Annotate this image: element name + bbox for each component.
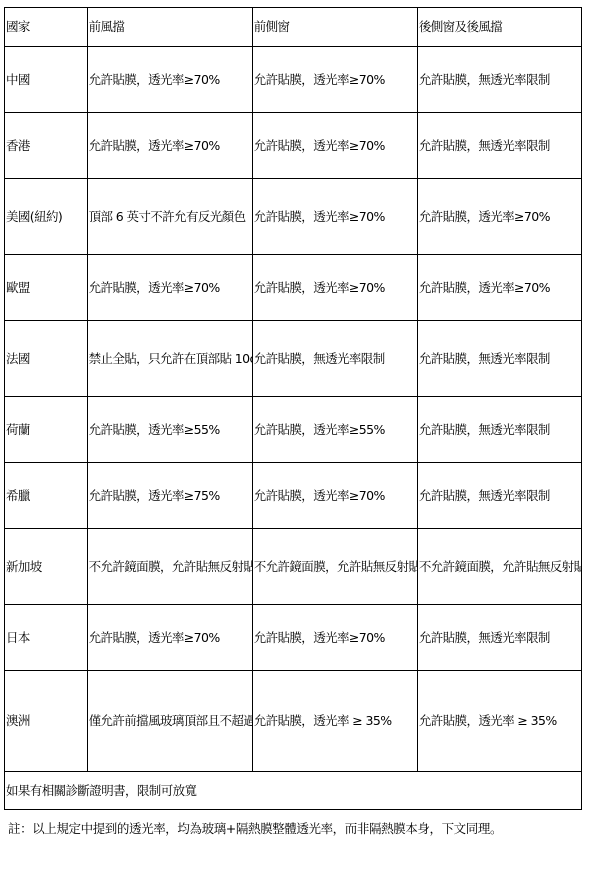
cell-front: 允許貼膜，透光率≥70%	[87, 605, 252, 671]
cell-side: 允許貼膜，透光率≥55%	[252, 397, 417, 463]
header-rear-windows: 後側窗及後風擋	[417, 8, 581, 47]
cell-side: 允許貼膜，無透光率限制	[252, 321, 417, 397]
table-footer-row: 如果有相關診斷證明書，限制可放寬	[5, 772, 582, 810]
cell-side: 允許貼膜，透光率≥70%	[252, 113, 417, 179]
cell-rear: 允許貼膜，無透光率限制	[417, 463, 581, 529]
table-row: 荷蘭 允許貼膜，透光率≥55% 允許貼膜，透光率≥55% 允許貼膜，無透光率限制	[5, 397, 582, 463]
cell-country: 美國(紐約)	[5, 179, 88, 255]
cell-side: 允許貼膜，透光率≥70%	[252, 463, 417, 529]
cell-rear: 允許貼膜，無透光率限制	[417, 47, 581, 113]
cell-front: 允許貼膜，透光率≥70%	[87, 47, 252, 113]
cell-side: 允許貼膜，透光率≥70%	[252, 605, 417, 671]
cell-rear: 允許貼膜，透光率 ≥ 35%	[417, 671, 581, 772]
cell-rear: 允許貼膜，無透光率限制	[417, 397, 581, 463]
cell-country: 荷蘭	[5, 397, 88, 463]
cell-rear: 允許貼膜，透光率≥70%	[417, 179, 581, 255]
cell-country: 新加坡	[5, 529, 88, 605]
cell-side: 允許貼膜，透光率≥70%	[252, 179, 417, 255]
window-tint-regulations-table: 國家 前風擋 前側窗 後側窗及後風擋 中國 允許貼膜，透光率≥70% 允許貼膜，…	[4, 7, 582, 810]
footnote-text: 註：以上規定中提到的透光率，均為玻璃+隔熱膜整體透光率，而非隔熱膜本身，下文同理…	[4, 810, 582, 847]
cell-side: 允許貼膜，透光率 ≥ 35%	[252, 671, 417, 772]
table-row: 歐盟 允許貼膜，透光率≥70% 允許貼膜，透光率≥70% 允許貼膜，透光率≥70…	[5, 255, 582, 321]
cell-front: 不允許鏡面膜，允許貼無反射貼膜透光率 ≥ 70%	[87, 529, 252, 605]
cell-country: 中國	[5, 47, 88, 113]
cell-side: 允許貼膜，透光率≥70%	[252, 255, 417, 321]
cell-country: 法國	[5, 321, 88, 397]
header-country: 國家	[5, 8, 88, 47]
table-row: 中國 允許貼膜，透光率≥70% 允許貼膜，透光率≥70% 允許貼膜，無透光率限制	[5, 47, 582, 113]
cell-rear: 允許貼膜，無透光率限制	[417, 605, 581, 671]
cell-front: 允許貼膜，透光率≥55%	[87, 397, 252, 463]
document-page: 國家 前風擋 前側窗 後側窗及後風擋 中國 允許貼膜，透光率≥70% 允許貼膜，…	[4, 7, 582, 847]
cell-front: 允許貼膜，透光率≥70%	[87, 113, 252, 179]
table-row: 日本 允許貼膜，透光率≥70% 允許貼膜，透光率≥70% 允許貼膜，無透光率限制	[5, 605, 582, 671]
table-row: 美國(紐約) 頂部 6 英寸不許允有反光顏色 允許貼膜，透光率≥70% 允許貼膜…	[5, 179, 582, 255]
cell-rear: 允許貼膜，無透光率限制	[417, 113, 581, 179]
cell-country: 歐盟	[5, 255, 88, 321]
cell-side: 不允許鏡面膜，允許貼無反射貼膜透光率 ≥ 70%	[252, 529, 417, 605]
cell-country: 日本	[5, 605, 88, 671]
cell-front: 僅允許前擋風玻璃頂部且不超過 10%面積區域張貼有色隔熱膜	[87, 671, 252, 772]
cell-front: 頂部 6 英寸不許允有反光顏色	[87, 179, 252, 255]
cell-rear: 允許貼膜，透光率≥70%	[417, 255, 581, 321]
cell-front: 允許貼膜，透光率≥70%	[87, 255, 252, 321]
cell-country: 香港	[5, 113, 88, 179]
table-header-row: 國家 前風擋 前側窗 後側窗及後風擋	[5, 8, 582, 47]
header-front-windshield: 前風擋	[87, 8, 252, 47]
cell-front: 允許貼膜，透光率≥75%	[87, 463, 252, 529]
table-row: 希臘 允許貼膜，透光率≥75% 允許貼膜，透光率≥70% 允許貼膜，無透光率限制	[5, 463, 582, 529]
table-row: 澳洲 僅允許前擋風玻璃頂部且不超過 10%面積區域張貼有色隔熱膜 允許貼膜，透光…	[5, 671, 582, 772]
table-footer-note: 如果有相關診斷證明書，限制可放寬	[5, 772, 582, 810]
table-row: 法國 禁止全貼，只允許在頂部貼 10cm 寬透明車膜 允許貼膜，無透光率限制 允…	[5, 321, 582, 397]
cell-front: 禁止全貼，只允許在頂部貼 10cm 寬透明車膜	[87, 321, 252, 397]
cell-side: 允許貼膜，透光率≥70%	[252, 47, 417, 113]
table-row: 新加坡 不允許鏡面膜，允許貼無反射貼膜透光率 ≥ 70% 不允許鏡面膜，允許貼無…	[5, 529, 582, 605]
cell-rear: 允許貼膜，無透光率限制	[417, 321, 581, 397]
table-row: 香港 允許貼膜，透光率≥70% 允許貼膜，透光率≥70% 允許貼膜，無透光率限制	[5, 113, 582, 179]
cell-rear: 不允許鏡面膜，允許貼無反射貼膜透光率 ≥ 25%	[417, 529, 581, 605]
header-front-side-window: 前側窗	[252, 8, 417, 47]
cell-country: 澳洲	[5, 671, 88, 772]
cell-country: 希臘	[5, 463, 88, 529]
